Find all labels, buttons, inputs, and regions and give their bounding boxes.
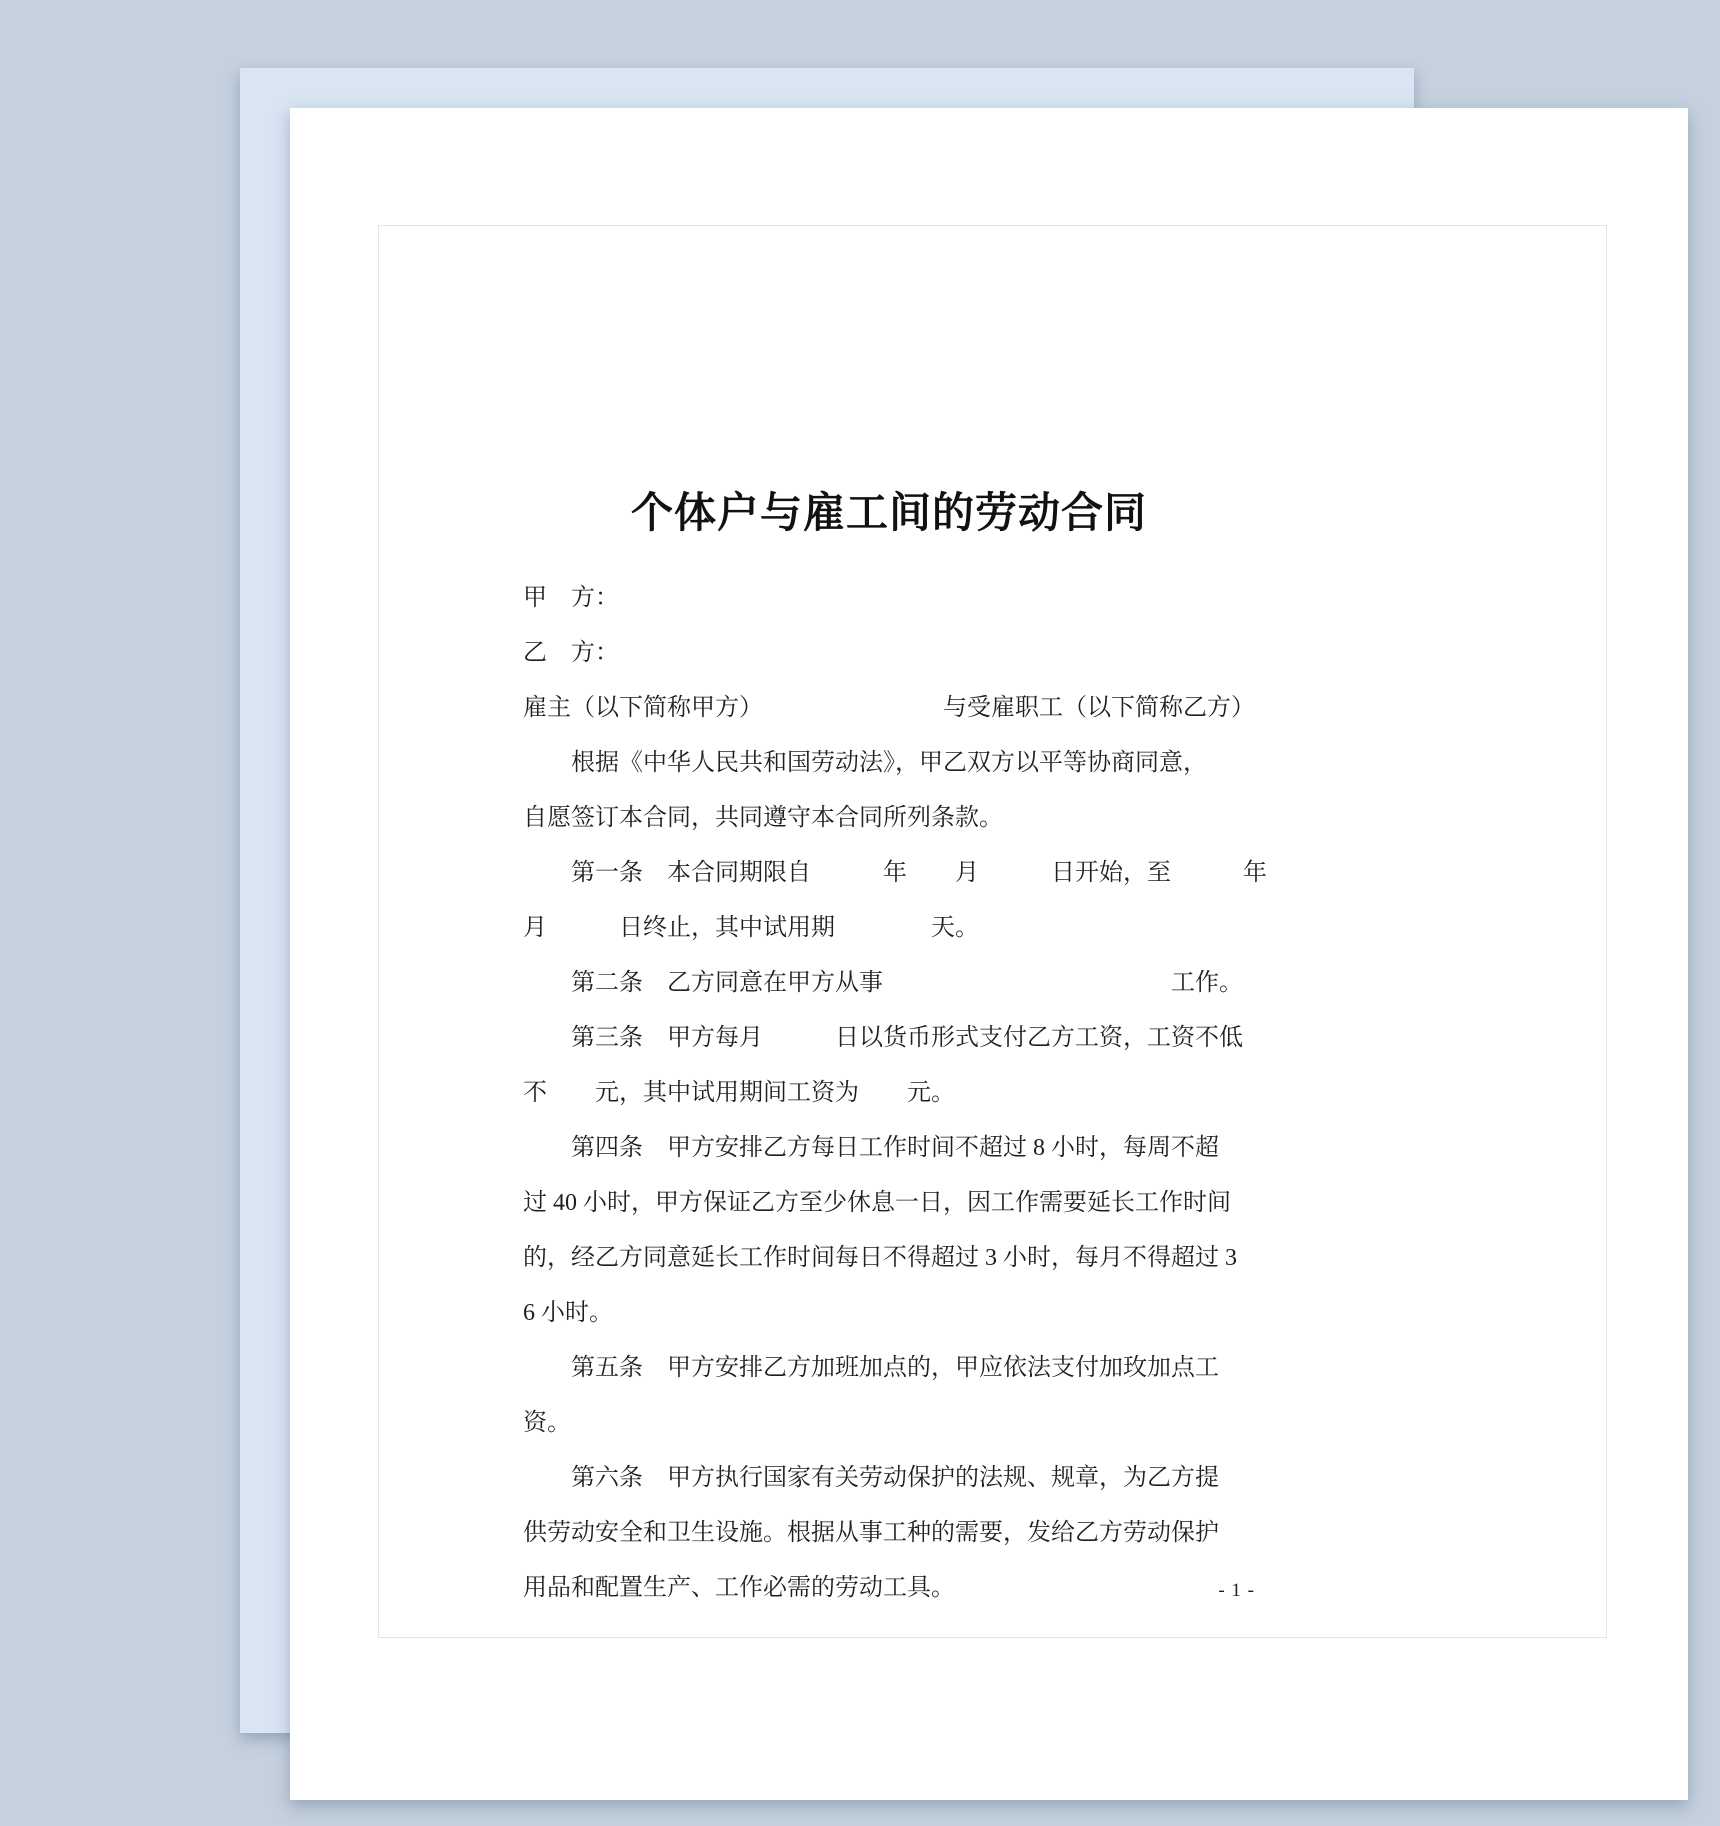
doc-line: 第五条 甲方安排乙方加班加点的，甲应依法支付加玫加点工 xyxy=(523,1341,1283,1396)
document-body: 甲 方： 乙 方： 雇主（以下简称甲方） 与受雇职工（以下简称乙方） 根据《中华… xyxy=(523,476,1283,1616)
doc-line: 第一条 本合同期限自 年 月 日开始，至 年 xyxy=(523,846,1283,901)
page-number: - 1 - xyxy=(523,1580,1255,1602)
doc-line: 甲 方： xyxy=(523,571,1283,626)
document-page: 个体户与雇工间的劳动合同 甲 方： 乙 方： 雇主（以下简称甲方） 与受雇职工（… xyxy=(290,108,1688,1800)
doc-line: 不 元，其中试用期间工资为 元。 xyxy=(523,1066,1283,1121)
doc-line: 资。 xyxy=(523,1396,1283,1451)
desktop-background: { "colors": { "background": "#c5d1df", "… xyxy=(0,0,1720,1826)
doc-line: 雇主（以下简称甲方） 与受雇职工（以下简称乙方） xyxy=(523,681,1283,736)
doc-line: 第六条 甲方执行国家有关劳动保护的法规、规章，为乙方提 xyxy=(523,1451,1283,1506)
doc-line: 第三条 甲方每月 日以货币形式支付乙方工资，工资不低 xyxy=(523,1011,1283,1066)
doc-line: 根据《中华人民共和国劳动法》，甲乙双方以平等协商同意， xyxy=(523,736,1283,791)
doc-line: 6 小时。 xyxy=(523,1286,1283,1341)
doc-line: 的，经乙方同意延长工作时间每日不得超过 3 小时，每月不得超过 3 xyxy=(523,1231,1283,1286)
doc-line: 乙 方： xyxy=(523,626,1283,681)
doc-line: 自愿签订本合同，共同遵守本合同所列条款。 xyxy=(523,791,1283,846)
doc-line: 第二条 乙方同意在甲方从事 工作。 xyxy=(523,956,1283,1011)
doc-line: 第四条 甲方安排乙方每日工作时间不超过 8 小时，每周不超 xyxy=(523,1121,1283,1176)
doc-line: 过 40 小时，甲方保证乙方至少休息一日，因工作需要延长工作时间 xyxy=(523,1176,1283,1231)
doc-line: 供劳动安全和卫生设施。根据从事工种的需要，发给乙方劳动保护 xyxy=(523,1506,1283,1561)
doc-line: 月 日终止，其中试用期 天。 xyxy=(523,901,1283,956)
